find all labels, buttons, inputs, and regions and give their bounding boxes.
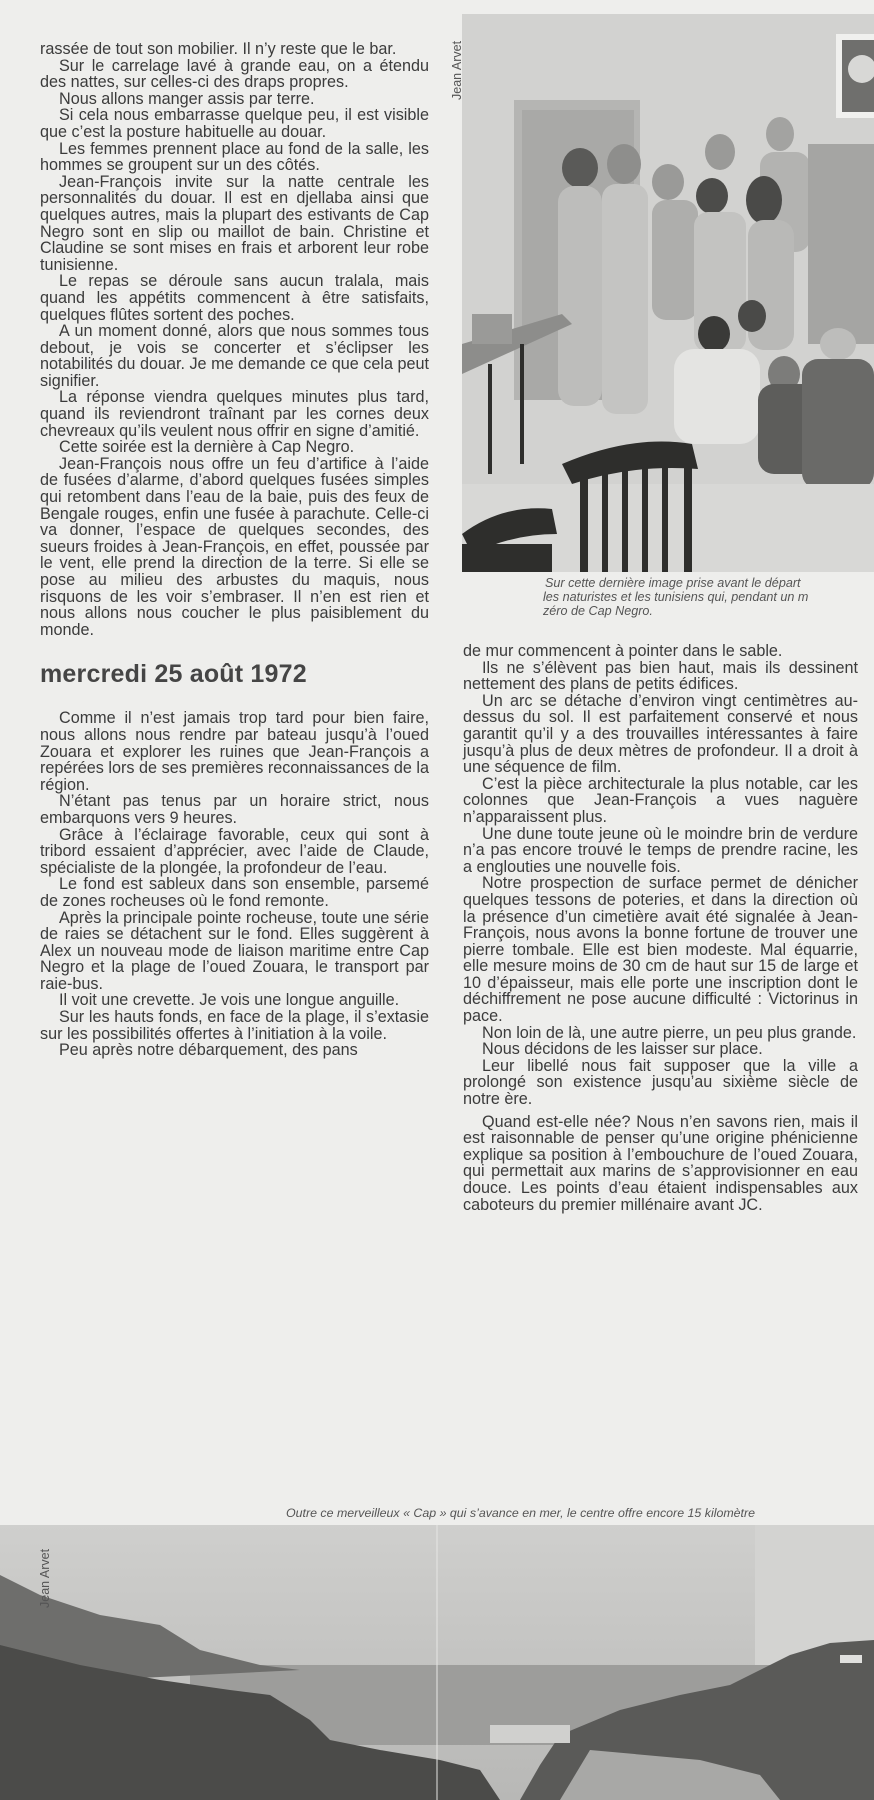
landscape-photo-image <box>0 1525 874 1800</box>
paragraph: Jean-François invite sur la natte centra… <box>40 174 429 274</box>
photo-caption: Sur cette dernière image prise avant le … <box>545 576 808 618</box>
landscape-caption: Outre ce merveilleux « Cap » qui s’avanc… <box>286 1506 755 1520</box>
paragraph: Ils ne s’élèvent pas bien haut, mais ils… <box>463 660 858 693</box>
paragraph: Non loin de là, une autre pierre, un peu… <box>463 1025 858 1042</box>
group-photo-image <box>462 14 874 572</box>
landscape-photo-credit: Jean Arvet <box>38 1549 52 1608</box>
paragraph: Grâce à l’éclairage favorable, ceux qui … <box>40 827 429 877</box>
paragraph: Il voit une crevette. Je vois une longue… <box>40 992 429 1009</box>
paragraph: N’étant pas tenus par un horaire strict,… <box>40 793 429 826</box>
paragraph: Si cela nous embarrasse quelque peu, il … <box>40 107 429 140</box>
left-text-column: rassée de tout son mobilier. Il n’y rest… <box>40 41 429 1059</box>
landscape-photo <box>0 1525 874 1800</box>
caption-line: zéro de Cap Negro. <box>543 604 808 618</box>
photo-credit: Jean Arvet <box>450 41 464 100</box>
caption-line: les naturistes et les tunisiens qui, pen… <box>543 590 808 604</box>
paragraph: Notre prospection de surface permet de d… <box>463 875 858 1024</box>
paragraph: Quand est-elle née? Nous n’en savons rie… <box>463 1114 858 1214</box>
paragraph: rassée de tout son mobilier. Il n’y rest… <box>40 41 429 58</box>
caption-line: Sur cette dernière image prise avant le … <box>545 576 808 590</box>
paragraph: Une dune toute jeune où le moindre brin … <box>463 826 858 876</box>
paragraph: Comme il n’est jamais trop tard pour bie… <box>40 710 429 793</box>
paragraph: Jean-François nous offre un feu d’artifi… <box>40 456 429 639</box>
paragraph: Un arc se détache d’environ vingt centim… <box>463 693 858 776</box>
section-heading-date: mercredi 25 août 1972 <box>40 660 429 688</box>
right-text-column: de mur commencent à pointer dans le sabl… <box>463 643 858 1213</box>
group-photo <box>462 14 874 572</box>
paragraph: A un moment donné, alors que nous sommes… <box>40 323 429 389</box>
paragraph: Le repas se déroule sans aucun tralala, … <box>40 273 429 323</box>
paragraph: La réponse viendra quelques minutes plus… <box>40 389 429 439</box>
paragraph: Peu après notre débarquement, des pans <box>40 1042 429 1059</box>
paragraph: C’est la pièce architecturale la plus no… <box>463 776 858 826</box>
paragraph: de mur commencent à pointer dans le sabl… <box>463 643 858 660</box>
paragraph: Après la principale pointe rocheuse, tou… <box>40 910 429 993</box>
paragraph: Cette soirée est la dernière à Cap Negro… <box>40 439 429 456</box>
paragraph: Leur libellé nous fait supposer que la v… <box>463 1058 858 1108</box>
paragraph: Le fond est sableux dans son ensemble, p… <box>40 876 429 909</box>
paragraph: Nous allons manger assis par terre. <box>40 91 429 108</box>
paragraph: Sur les hauts fonds, en face de la plage… <box>40 1009 429 1042</box>
paragraph: Les femmes prennent place au fond de la … <box>40 141 429 174</box>
paragraph: Sur le carrelage lavé à grande eau, on a… <box>40 58 429 91</box>
paragraph: Nous décidons de les laisser sur place. <box>463 1041 858 1058</box>
